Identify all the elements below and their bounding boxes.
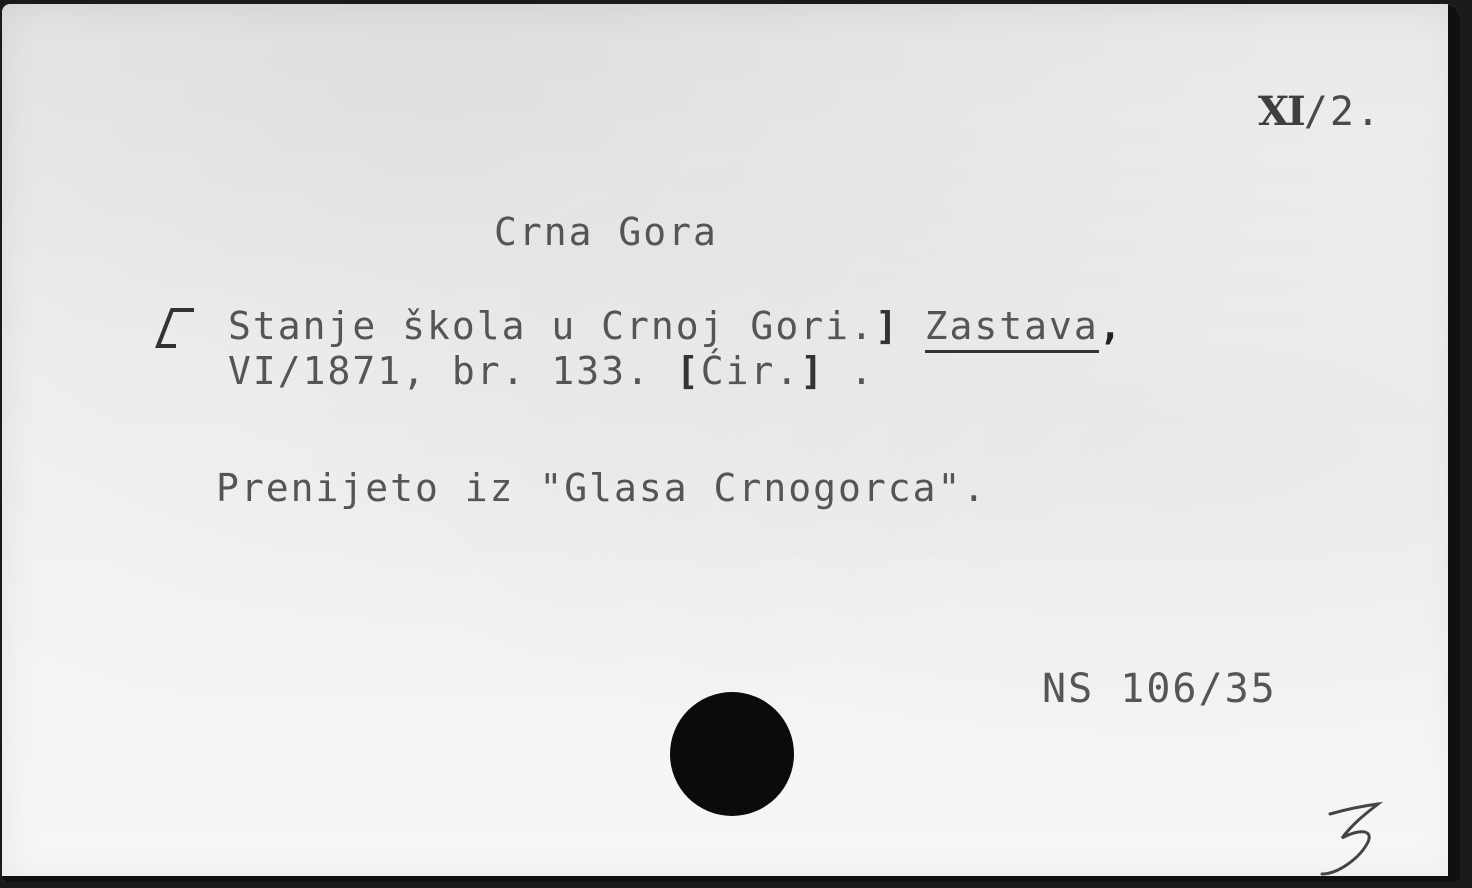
script-close-bracket: ]	[800, 349, 825, 393]
call-number-roman: XI	[1258, 88, 1304, 135]
call-number-suffix: /2.	[1304, 89, 1382, 135]
card-note: Prenijeto iz "Glasa Crnogorca".	[216, 466, 987, 510]
catalog-card: XI/2. Crna Gora Stanje škola u Crnoj Gor…	[2, 4, 1460, 882]
line2-trailing: .	[850, 349, 875, 393]
citation-issue: VI/1871, br. 133.	[228, 349, 651, 393]
punch-hole	[670, 692, 794, 816]
card-edge-right	[1448, 4, 1460, 882]
citation-line-2: VI/1871, br. 133. [Ćir.] .	[228, 349, 875, 393]
card-edge-bottom	[2, 876, 1460, 882]
accession-number: NS 106/35	[1042, 666, 1277, 712]
citation-source-trailing: ,	[1099, 304, 1124, 348]
call-number: XI/2.	[1258, 88, 1382, 135]
citation-title: Stanje škola u Crnoj Gori.	[228, 304, 875, 348]
script-note: Ćir.	[701, 349, 801, 393]
script-open-bracket: [	[676, 349, 701, 393]
citation-source: Zastava	[925, 304, 1099, 353]
card-heading: Crna Gora	[494, 210, 718, 254]
close-bracket: ]	[875, 304, 900, 348]
open-bracket-icon	[154, 306, 198, 352]
citation-line-1: Stanje škola u Crnoj Gori.] Zastava,	[228, 304, 1124, 348]
handwritten-mark-icon	[1312, 792, 1392, 882]
